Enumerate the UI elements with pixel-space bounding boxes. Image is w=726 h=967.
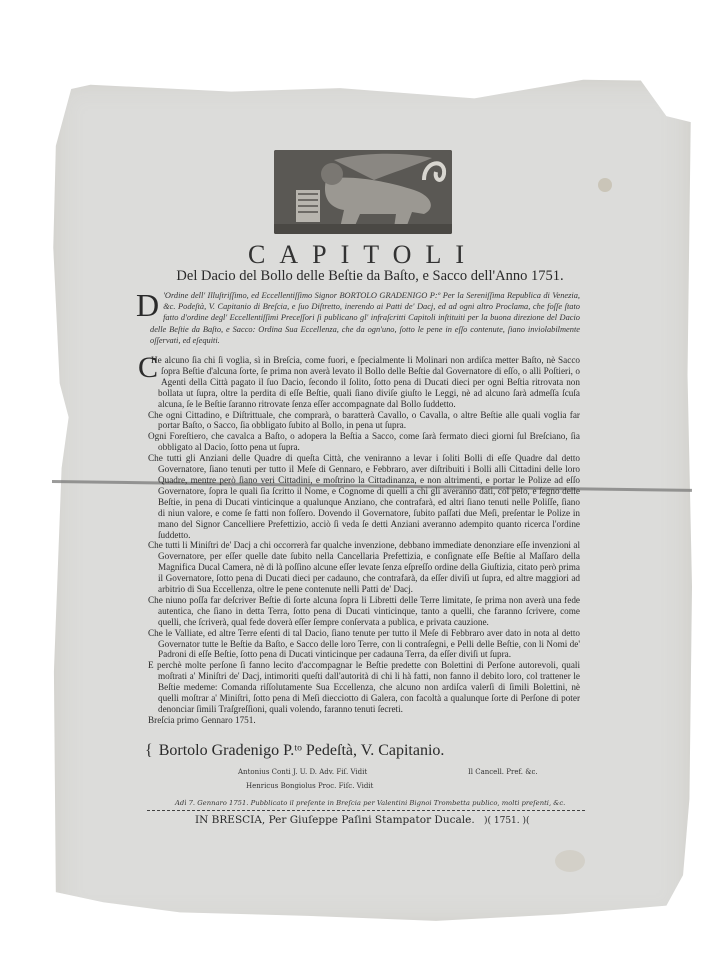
vidit-line-2: Henricus Bongiolus Proc. Fiſc. Vidit <box>246 782 373 790</box>
signature-line: {Bortolo Gradenigo P.ᵗᵒ Pedeſtà, V. Capi… <box>145 742 444 760</box>
document-title: CAPITOLI <box>0 240 726 270</box>
chapter-paragraph: Ogni Foreſtiero, che cavalca a Baſto, o … <box>148 431 580 453</box>
signature-brace: { <box>145 742 153 759</box>
document-date: Breſcia primo Gennaro 1751. <box>148 715 580 726</box>
signature-text: Bortolo Gradenigo P.ᵗᵒ Pedeſtà, V. Capit… <box>159 742 445 759</box>
intro-text: 'Ordine dell' Illuſtriſſimo, ed Eccellen… <box>150 291 580 345</box>
intro-paragraph: D'Ordine dell' Illuſtriſſimo, ed Eccelle… <box>150 290 580 346</box>
chapter-paragraph: Che tutti li Miniſtri de' Dacj a chi occ… <box>148 540 580 595</box>
paper-stain <box>598 178 612 192</box>
publication-note: Adì 7. Gennaro 1751. Pubblicato il preſe… <box>175 799 565 807</box>
printer-text: IN BRESCIA, Per Giuſeppe Paſini Stampato… <box>195 814 475 826</box>
chapter-paragraph: Che le Valliate, ed altre Terre eſenti d… <box>148 628 580 661</box>
printer-year: )( 1751. )( <box>484 816 530 826</box>
chapter-paragraph: CHe alcuno ſia chi ſi voglia, sì in Breſ… <box>148 355 580 410</box>
chancellor-note: Il Cancell. Pref. &c. <box>468 768 538 776</box>
chapters-body: CHe alcuno ſia chi ſi voglia, sì in Breſ… <box>148 355 580 726</box>
chapter-paragraph: Che ogni Cittadino, e Diſtrittuale, che … <box>148 410 580 432</box>
winged-lion-icon <box>274 150 452 234</box>
chapter-paragraph: Che niuno poſſa far deſcriver Beſtie di … <box>148 595 580 628</box>
dashed-rule <box>147 810 585 811</box>
vidit-line-1: Antonius Conti J. U. D. Adv. Fiſ. Vidit <box>238 768 367 776</box>
paper-stain <box>555 850 585 872</box>
intro-dropcap: D <box>136 291 159 319</box>
chapter-paragraph: Che tutti gli Anziani delle Quadre di qu… <box>148 453 580 540</box>
document-subtitle: Del Dacio del Bollo delle Beſtie da Baſt… <box>120 268 620 285</box>
printer-imprint: IN BRESCIA, Per Giuſeppe Paſini Stampato… <box>195 814 530 826</box>
chapter-paragraph: E perchè molte perſone ſi fanno lecito d… <box>148 660 580 715</box>
lion-of-saint-mark-woodcut <box>274 150 452 234</box>
